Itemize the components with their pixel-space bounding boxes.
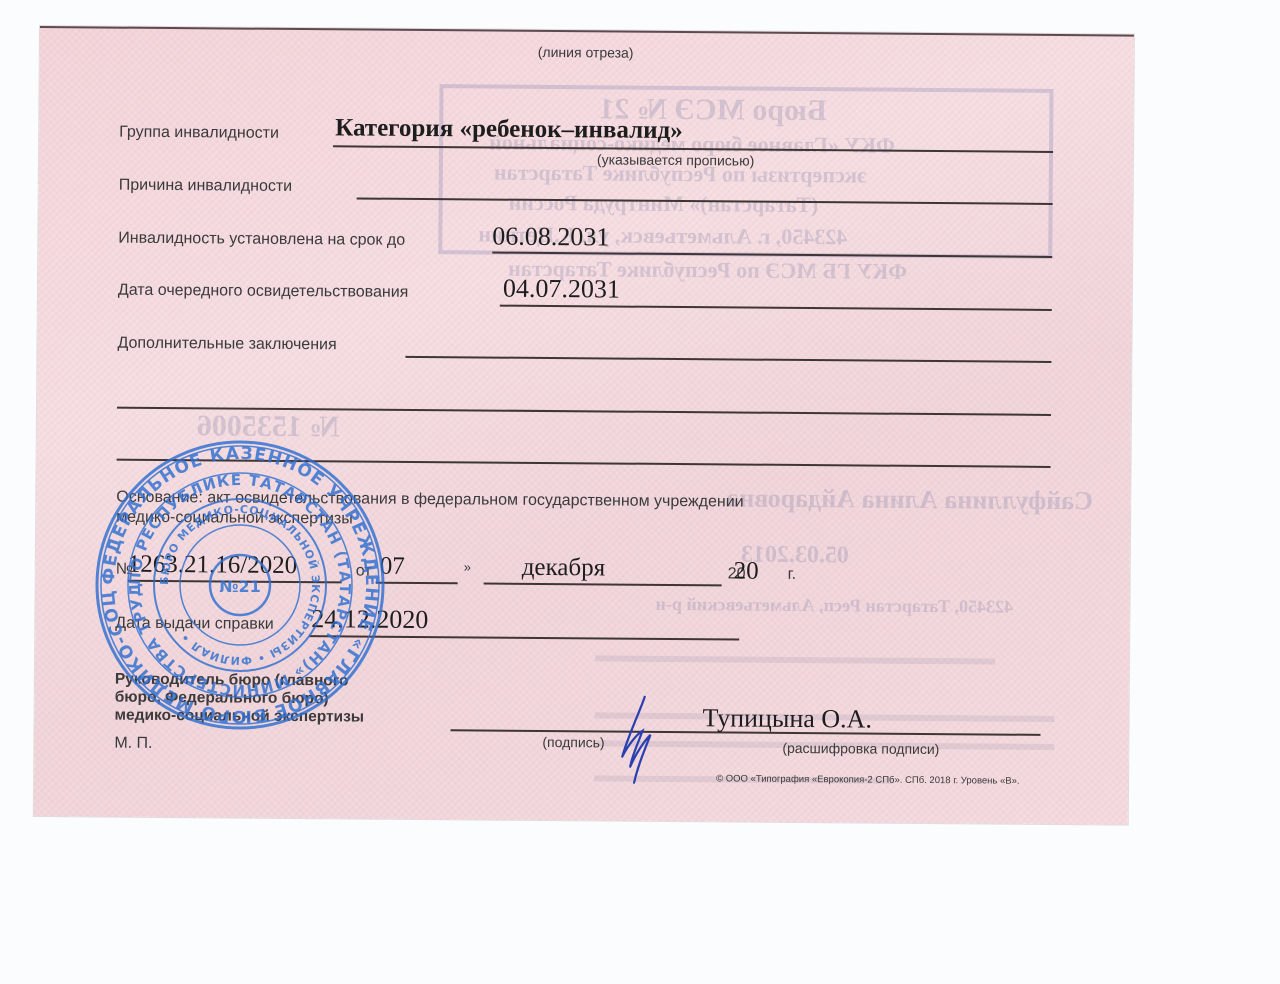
act-year-label: г. bbox=[788, 566, 796, 584]
cut-line-label: (линия отреза) bbox=[538, 44, 634, 61]
act-quote: » bbox=[464, 559, 471, 574]
term-label: Инвалидность установлена на срок до bbox=[118, 230, 405, 250]
term-value: 06.08.2031 bbox=[492, 222, 609, 253]
additional-label: Дополнительные заключения bbox=[117, 335, 336, 355]
next-exam-label: Дата очередного освидетельствования bbox=[118, 282, 409, 302]
head-name: Тупицына О.А. bbox=[702, 703, 872, 734]
handwritten-signature-icon bbox=[614, 695, 665, 785]
round-seal-icon: ФЕДЕРАЛЬНОЕ КАЗЕННОЕ УЧРЕЖДЕНИЕ «ГЛАВНОЕ… bbox=[92, 437, 388, 733]
group-hint: (указывается прописью) bbox=[597, 151, 754, 168]
group-label: Группа инвалидности bbox=[119, 124, 279, 143]
svg-text:№21: №21 bbox=[219, 577, 261, 596]
head-name-hint: (расшифровка подписи) bbox=[782, 740, 939, 757]
showthrough-text: (Татарстан)» Минтруда России bbox=[509, 190, 819, 218]
cut-line-text: (линия отреза) bbox=[538, 44, 634, 61]
printer-note: © ООО «Типография «Еврокопия-2 СПб». СПб… bbox=[716, 773, 1020, 786]
act-year-suffix: 20 bbox=[734, 557, 759, 585]
showthrough-line bbox=[595, 655, 995, 664]
next-exam-value: 04.07.2031 bbox=[503, 274, 620, 305]
additional-underline-1 bbox=[405, 356, 1051, 363]
seal-label: М. П. bbox=[114, 735, 152, 753]
showthrough-text: 423450, Татарстан Респ, Альметьевский р-… bbox=[655, 594, 1013, 618]
group-value: Категория «ребенок–инвалид» bbox=[335, 114, 683, 145]
signature-hint: (подпись) bbox=[542, 734, 604, 750]
next-exam-underline bbox=[500, 305, 1052, 311]
act-month-value: декабря bbox=[522, 554, 606, 583]
showthrough-text: Сайфуллина Алина Айдаровна bbox=[726, 483, 1093, 516]
cause-label: Причина инвалидности bbox=[119, 177, 293, 196]
act-month-underline bbox=[484, 583, 722, 586]
